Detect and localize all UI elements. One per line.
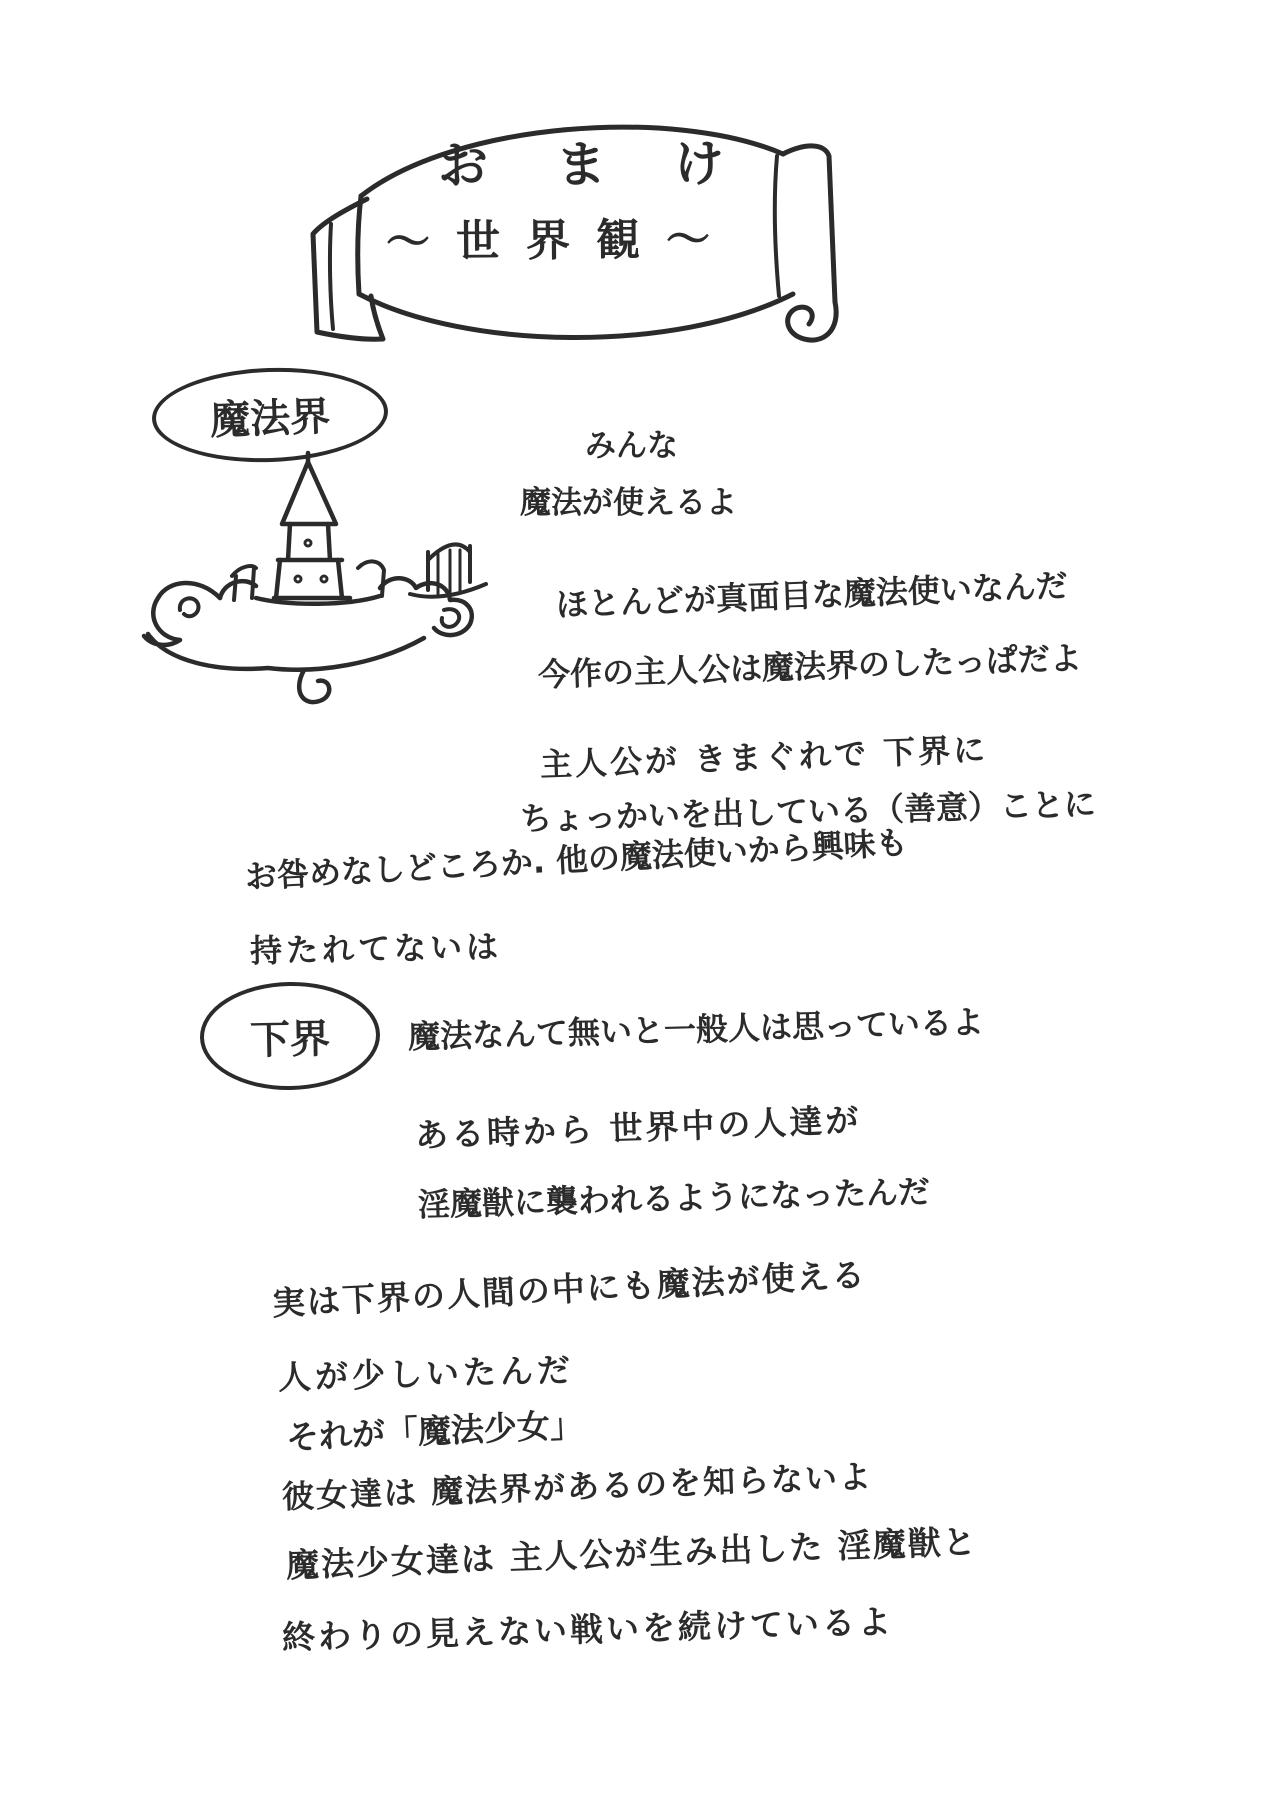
lower-world-line-1: 魔法なんて無いと一般人は思っているよ	[407, 997, 984, 1058]
magic-world-line-8: 持たれてないは	[250, 922, 503, 972]
lower-world-line-2: ある時から 世界中の人達が	[414, 1094, 862, 1157]
lower-world-line-7: 彼女達は 魔法界があるのを知らないよ	[281, 1451, 873, 1518]
magic-world-line-3: ほとんどが真面目な魔法使いなんだ	[555, 560, 1068, 626]
lower-world-line-9: 終わりの見えない戦いを続けているよ	[281, 1596, 894, 1659]
magic-world-line-2: 魔法が使えるよ	[520, 477, 737, 522]
lower-world-line-4: 実は下界の人間の中にも魔法が使える	[271, 1249, 868, 1325]
handwritten-omake-page: おまけ 〜世界観〜 魔法界 みんな 魔法が使えるよ ほとんどが真面目な魔法使い	[0, 0, 1280, 1808]
magic-world-label: 魔法界	[209, 384, 331, 445]
lower-world-line-3: 淫魔獣に襲われるようになったんだ	[417, 1167, 930, 1226]
magic-world-line-4: 今作の主人公は魔法界のしたっぱだよ	[537, 633, 1082, 696]
floating-castle-on-cloud-icon	[128, 448, 528, 718]
magic-world-line-1: みんな	[585, 420, 678, 465]
lower-world-line-6: それが「魔法少女」	[285, 1399, 584, 1459]
banner-subtitle: 〜世界観〜	[386, 203, 737, 270]
lower-world-line-8: 魔法少女達は 主人公が生み出した 淫魔獣と	[285, 1516, 978, 1587]
magic-world-line-5: 主人公が きまぐれで 下界に	[539, 724, 989, 786]
banner-title: おまけ	[438, 123, 793, 198]
section-label-lower-world: 下界	[199, 980, 381, 1091]
lower-world-label: 下界	[250, 1007, 331, 1065]
lower-world-line-5: 人が少しいたんだ	[277, 1344, 574, 1399]
